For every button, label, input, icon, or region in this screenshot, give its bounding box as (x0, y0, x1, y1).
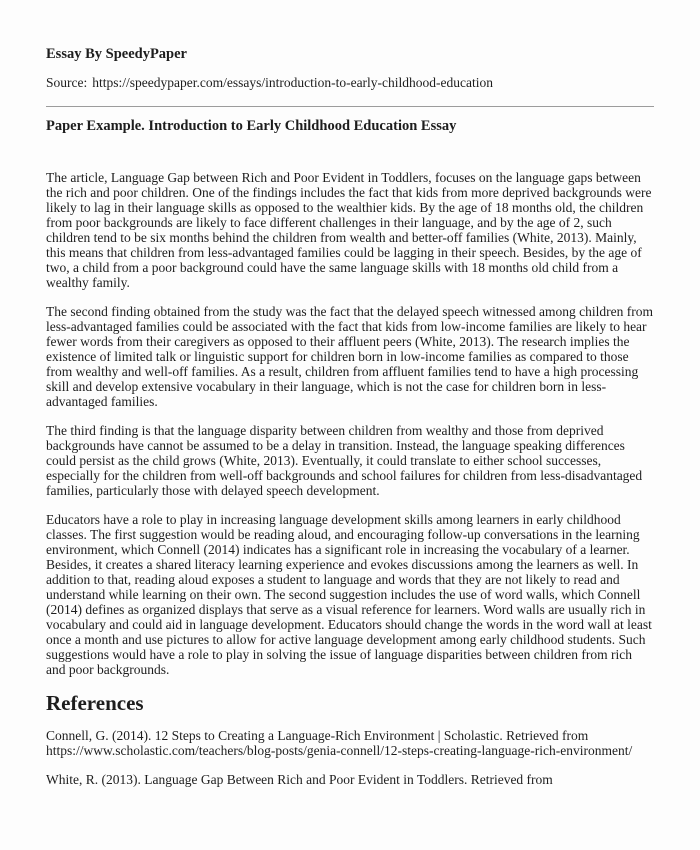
source-line: Source:https://speedypaper.com/essays/in… (46, 75, 654, 90)
header-brand: Essay By SpeedyPaper (46, 47, 654, 62)
references-list: Connell, G. (2014). 12 Steps to Creating… (46, 728, 654, 787)
essay-paragraph: The second finding obtained from the stu… (46, 304, 654, 409)
essay-body: The article, Language Gap between Rich a… (46, 170, 654, 677)
divider-rule (46, 106, 654, 107)
reference-entry: Connell, G. (2014). 12 Steps to Creating… (46, 728, 654, 758)
reference-entry: White, R. (2013). Language Gap Between R… (46, 772, 654, 787)
source-label: Source: (46, 75, 87, 90)
source-url: https://speedypaper.com/essays/introduct… (92, 75, 493, 90)
document-page: Essay By SpeedyPaper Source:https://spee… (0, 0, 700, 850)
essay-paragraph: The third finding is that the language d… (46, 423, 654, 498)
essay-title: Paper Example. Introduction to Early Chi… (46, 119, 654, 134)
references-heading: References (46, 691, 654, 716)
essay-paragraph: The article, Language Gap between Rich a… (46, 170, 654, 290)
essay-paragraph: Educators have a role to play in increas… (46, 512, 654, 677)
